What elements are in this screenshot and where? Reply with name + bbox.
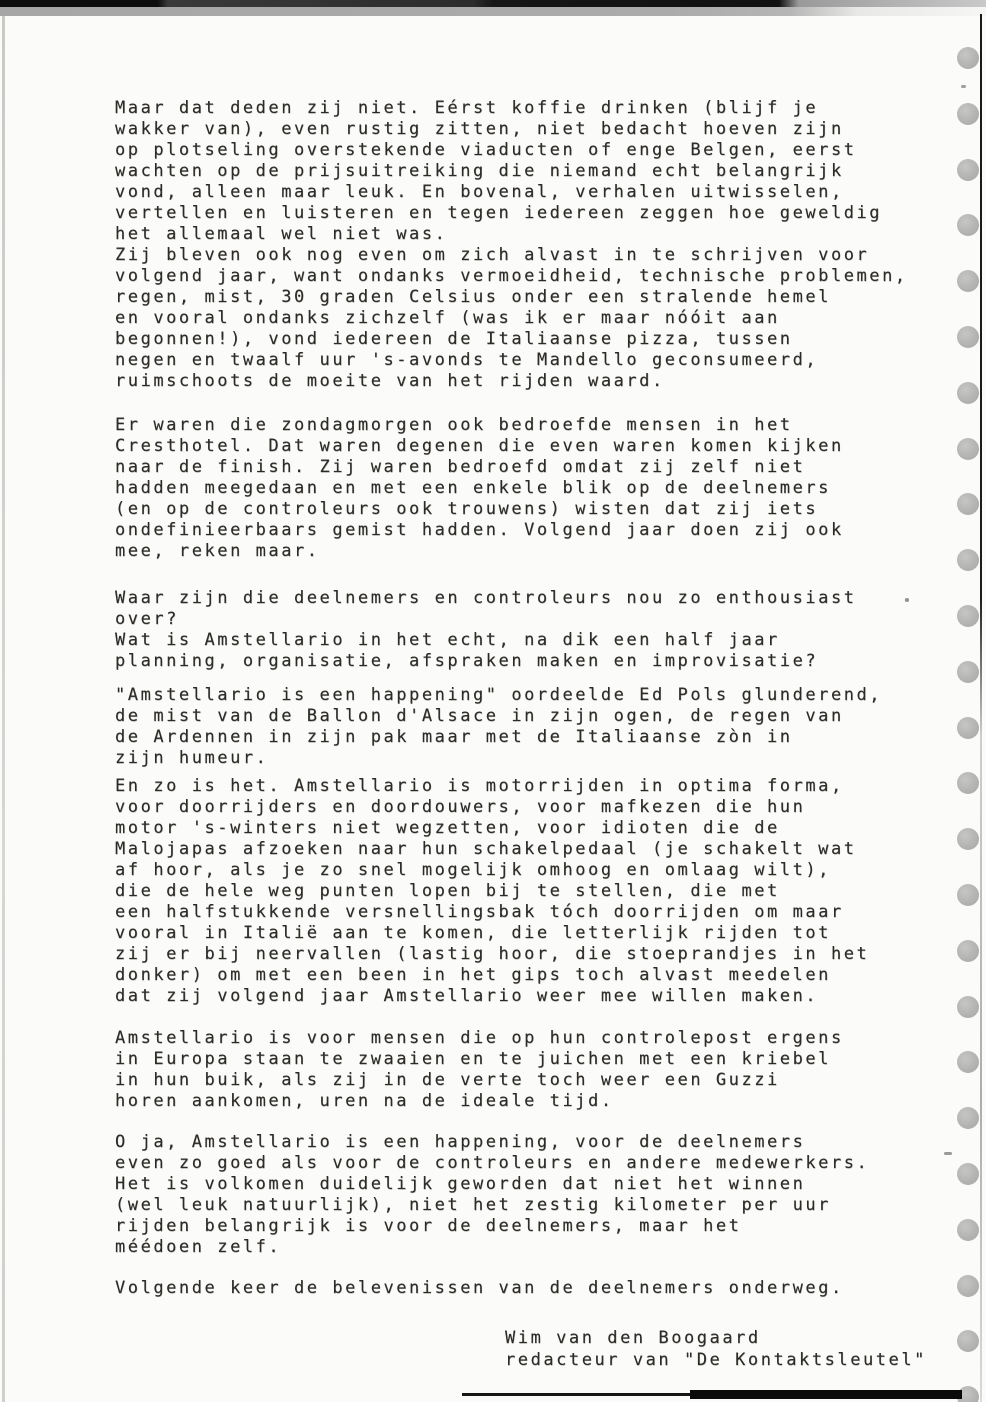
- binder-hole: [957, 270, 979, 292]
- scan-speck: [905, 598, 909, 602]
- binder-hole: [957, 1107, 979, 1129]
- scan-edge-top-gray: [0, 7, 986, 16]
- binder-hole: [957, 1219, 979, 1241]
- body-paragraph-2: Zij bleven ook nog even om zich alvast i…: [115, 245, 955, 392]
- binder-hole: [957, 661, 979, 683]
- body-paragraph-5: "Amstellario is een happening" oordeelde…: [115, 685, 955, 769]
- scan-speck: [944, 1152, 952, 1155]
- body-paragraph-8: O ja, Amstellario is een happening, voor…: [115, 1132, 955, 1258]
- binder-hole: [957, 1275, 979, 1297]
- page-left-edge: [2, 16, 5, 1402]
- binder-hole: [957, 1163, 979, 1185]
- body-paragraph-9: Volgende keer de belevenissen van de dee…: [115, 1278, 955, 1299]
- binder-hole: [957, 382, 979, 404]
- body-paragraph-6: En zo is het. Amstellario is motorrijden…: [115, 776, 955, 1007]
- binder-hole: [957, 996, 979, 1018]
- binder-hole: [957, 214, 979, 236]
- body-paragraph-3: Er waren die zondagmorgen ook bedroefde …: [115, 415, 955, 562]
- binder-hole: [957, 159, 979, 181]
- document-body: Maar dat deden zij niet. Eérst koffie dr…: [115, 98, 955, 1371]
- binder-hole: [957, 1330, 979, 1352]
- binder-hole: [957, 884, 979, 906]
- body-paragraph-7: Amstellario is voor mensen die op hun co…: [115, 1028, 955, 1112]
- binder-hole: [957, 103, 979, 125]
- scan-edge-bottom-thin: [462, 1393, 694, 1396]
- binder-hole: [957, 326, 979, 348]
- binder-hole: [957, 605, 979, 627]
- scanned-page: Maar dat deden zij niet. Eérst koffie dr…: [0, 0, 986, 1402]
- page-right-edge-line: [980, 14, 982, 1402]
- binder-hole: [957, 493, 979, 515]
- binder-hole: [957, 1051, 979, 1073]
- scan-edge-bottom-thick: [690, 1390, 962, 1399]
- binder-hole: [957, 438, 979, 460]
- body-paragraph-4: Waar zijn die deelnemers en controleurs …: [115, 588, 955, 672]
- binder-hole: [957, 772, 979, 794]
- binder-hole: [957, 549, 979, 571]
- body-paragraph-1: Maar dat deden zij niet. Eérst koffie dr…: [115, 98, 955, 245]
- scan-speck: [961, 85, 966, 88]
- binder-hole: [957, 47, 979, 69]
- binder-hole: [957, 828, 979, 850]
- binder-hole: [957, 717, 979, 739]
- signature-block: Wim van den Boogaard redacteur van "De K…: [505, 1327, 955, 1371]
- scan-edge-top-dark: [0, 0, 986, 7]
- binder-hole: [957, 940, 979, 962]
